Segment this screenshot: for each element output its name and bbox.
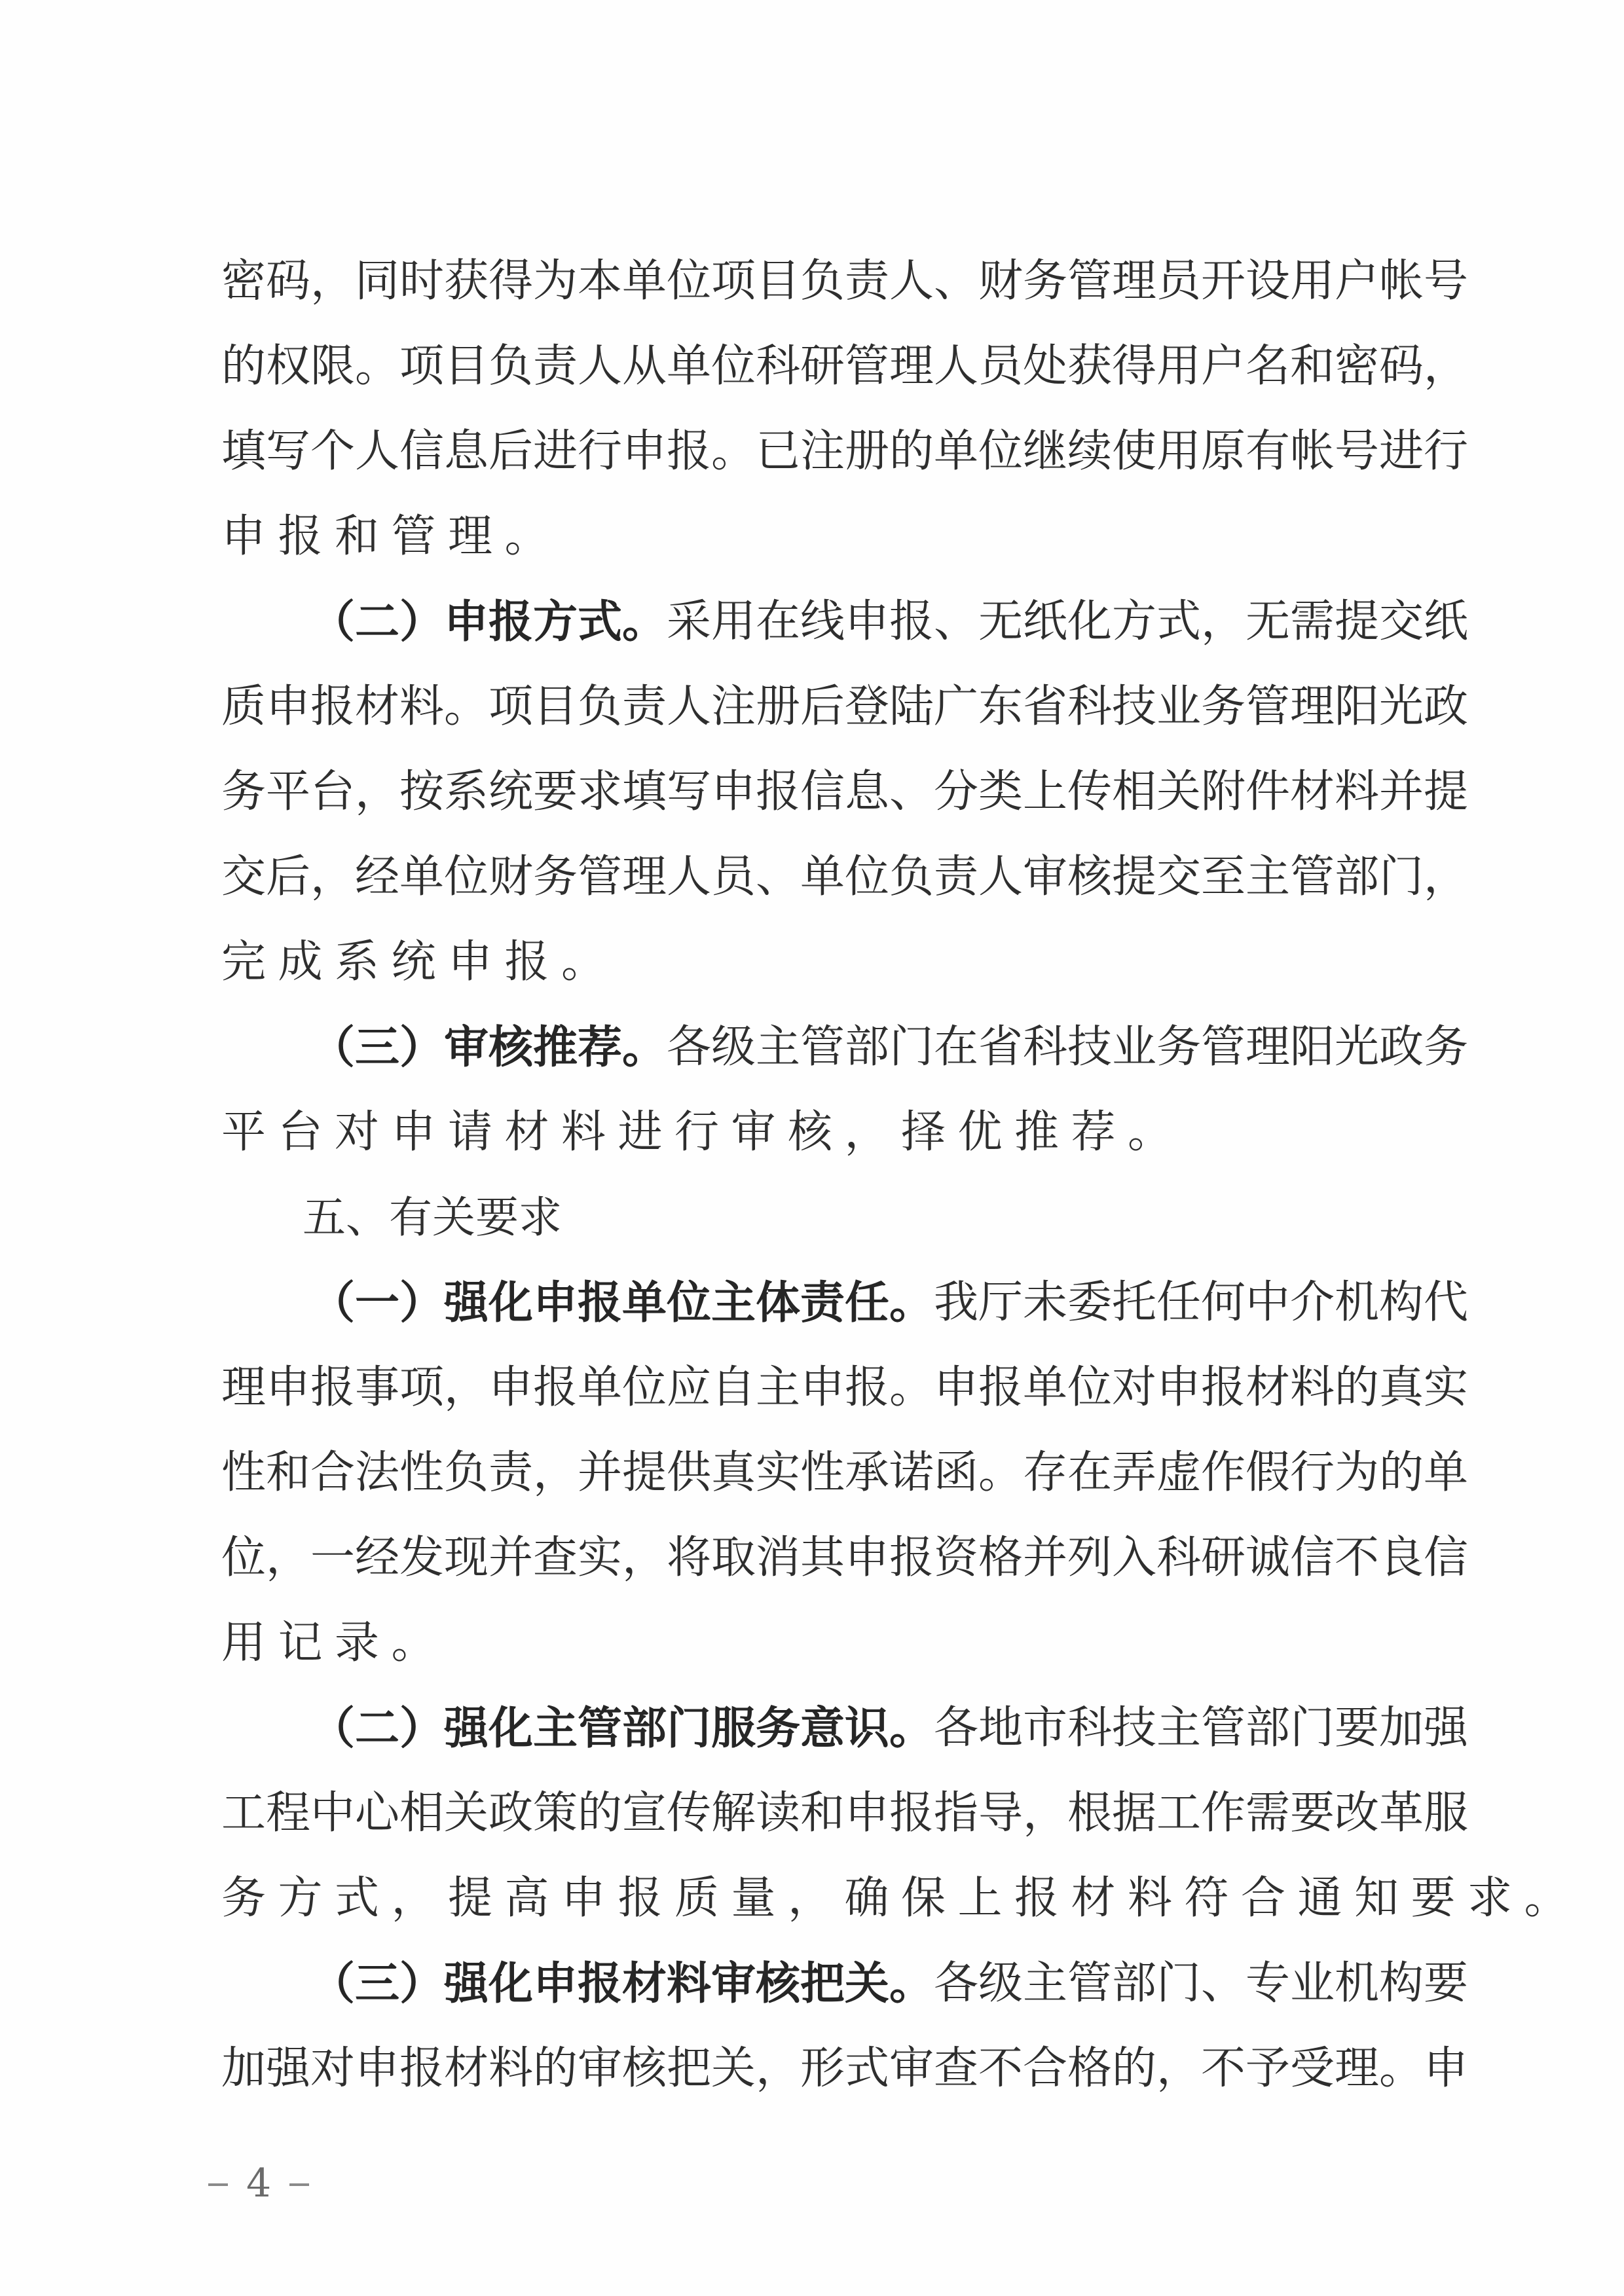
text-char: 厅 [978, 1270, 1023, 1336]
text-char: 申 [711, 759, 756, 825]
text-char: 要 [1335, 1696, 1379, 1761]
text-char: 据 [1112, 1781, 1156, 1846]
text-line: 性和合法性负责，并提供真实性承诺函。存在弄虚作假行为的单 [221, 1440, 1460, 1506]
text-char: 理 [221, 1355, 266, 1421]
text-char: 理 [448, 504, 492, 570]
text-char: 革 [1379, 1781, 1424, 1846]
text-char: 需 [1246, 1781, 1290, 1846]
text-char: 市 [1023, 1696, 1067, 1761]
text-char: 料 [1335, 759, 1379, 825]
bold-lead-char: 化 [489, 1270, 533, 1336]
text-char: 并 [1023, 1525, 1067, 1591]
text-char: 阳 [1290, 1015, 1335, 1080]
text-char: 技 [1067, 1015, 1112, 1080]
text-char: 服 [1424, 1781, 1468, 1846]
paragraph-first-line: （三）强化申报材料审核把关。各级主管部门、专业机构要 [221, 1951, 1460, 2016]
paragraph-first-line: （三）审核推荐。各级主管部门在省科技业务管理阳光政务 [221, 1015, 1460, 1080]
page-number-value: 4 [246, 2157, 271, 2210]
text-char: 业 [1112, 1015, 1156, 1080]
bold-lead-char: 报 [489, 589, 533, 655]
bold-lead-char: 核 [489, 1015, 533, 1080]
text-char: 合 [1241, 1866, 1285, 1931]
text-char: 研 [800, 334, 845, 399]
bold-lead-char: 强 [444, 1696, 489, 1761]
text-char: 加 [221, 2036, 266, 2102]
text-char: 承 [845, 1440, 889, 1506]
text-char: 的 [578, 1781, 622, 1846]
bold-lead-char: 一 [355, 1270, 399, 1336]
text-char: 申 [934, 1355, 978, 1421]
text-char: 位 [978, 419, 1023, 484]
text-char: 财 [978, 249, 1023, 314]
text-char: 性 [800, 1440, 845, 1506]
text-char: 息 [444, 419, 489, 484]
bold-lead-char: 三 [355, 1015, 399, 1080]
text-char: 不 [1335, 1525, 1379, 1591]
text-char: 相 [399, 1781, 444, 1846]
text-char: 将 [667, 1525, 711, 1591]
text-char: 人 [667, 845, 711, 910]
text-char: ， [444, 1355, 489, 1421]
text-char: 方 [1112, 589, 1156, 655]
text-char: 。 [355, 334, 399, 399]
text-char: 门 [1156, 1951, 1201, 2016]
text-char: 单 [934, 419, 978, 484]
text-char: 管 [1201, 1696, 1246, 1761]
text-char: 位 [221, 1525, 266, 1591]
text-line: 交后，经单位财务管理人员、单位负责人审核提交至主管部门， [221, 845, 1460, 910]
bold-lead-char: 责 [800, 1270, 845, 1336]
text-char: 实 [1424, 1355, 1468, 1421]
text-char: 对 [310, 2036, 355, 2102]
text-char: 料 [489, 2036, 533, 2102]
text-char: ， [1156, 2036, 1201, 2102]
text-char: 知 [1354, 1866, 1399, 1931]
text-char: 相 [1112, 759, 1156, 825]
text-char: 机 [1335, 1951, 1379, 2016]
text-char: 现 [444, 1525, 489, 1591]
text-char: 获 [444, 249, 489, 314]
text-char: 单 [399, 845, 444, 910]
text-char: 何 [1201, 1270, 1246, 1336]
text-char: 使 [1112, 419, 1156, 484]
section-heading: 五、有关要求 [303, 1185, 562, 1250]
text-char: 成 [278, 930, 323, 995]
text-char: 后 [266, 845, 310, 910]
text-char: 项 [399, 1355, 444, 1421]
text-char: 部 [1246, 1696, 1290, 1761]
text-char: 各 [934, 1696, 978, 1761]
text-char: 审 [578, 2036, 622, 2102]
bold-lead-char: 管 [578, 1696, 622, 1761]
text-char: 诺 [889, 1440, 934, 1506]
paragraph-first-line: （二）申报方式。采用在线申报、无纸化方式，无需提交纸 [221, 589, 1460, 655]
text-char: 不 [978, 2036, 1023, 2102]
text-char: 存 [1023, 1440, 1067, 1506]
text-char: 其 [800, 1525, 845, 1591]
text-char: 登 [845, 674, 889, 740]
text-char: 解 [711, 1781, 756, 1846]
text-char: 报 [310, 1355, 355, 1421]
text-char: 和 [800, 1781, 845, 1846]
text-char: 不 [1201, 2036, 1246, 2102]
text-char: 分 [934, 759, 978, 825]
text-char: 项 [711, 249, 756, 314]
text-char: 需 [1290, 589, 1335, 655]
text-char: 息 [845, 759, 889, 825]
text-char: 管 [392, 504, 436, 570]
text-char: 申 [448, 930, 492, 995]
text-char: 查 [533, 1525, 578, 1591]
text-char: 台 [278, 1100, 323, 1165]
text-char: 要 [533, 759, 578, 825]
text-char: 。 [561, 930, 606, 995]
text-char: 用 [1156, 334, 1201, 399]
text-char: 事 [355, 1355, 399, 1421]
text-char: 申 [845, 589, 889, 655]
text-char: 提 [1112, 845, 1156, 910]
text-char: 员 [711, 845, 756, 910]
indent-space [266, 1951, 310, 2016]
page-number: 4 [208, 2157, 309, 2210]
text-char: 根 [1067, 1781, 1112, 1846]
text-char: 心 [355, 1781, 399, 1846]
bold-lead-char: 申 [444, 589, 489, 655]
text-char: 材 [1290, 759, 1335, 825]
text-char: 系 [335, 930, 379, 995]
page-number-right-dash [289, 2183, 309, 2186]
text-char: 信 [399, 419, 444, 484]
text-char: 同 [355, 249, 399, 314]
text-char: 良 [1379, 1525, 1424, 1591]
text-char: 完 [221, 930, 266, 995]
text-char: 设 [1246, 249, 1290, 314]
page-number-left-dash [208, 2183, 228, 2186]
text-char: 报 [399, 2036, 444, 2102]
text-char: 技 [1112, 674, 1156, 740]
text-char: 位 [1067, 1355, 1112, 1421]
text-char: 科 [756, 334, 800, 399]
text-char: 目 [444, 334, 489, 399]
bold-lead-char: 位 [667, 1270, 711, 1336]
text-char: 台 [310, 759, 355, 825]
text-char: 财 [489, 845, 533, 910]
text-char: 用 [711, 589, 756, 655]
text-char: 报 [889, 589, 934, 655]
text-char: 上 [958, 1866, 1003, 1931]
text-char: 加 [1379, 1696, 1424, 1761]
text-char: 受 [1290, 2036, 1335, 2102]
text-char: 记 [278, 1611, 323, 1676]
text-line: 平台对申请材料进行审核，择优推荐。 [221, 1100, 1460, 1165]
text-char: 合 [1023, 2036, 1067, 2102]
text-char: 责 [622, 674, 667, 740]
text-char: 料 [561, 1100, 606, 1165]
text-char: 册 [756, 674, 800, 740]
text-char: 予 [1246, 2036, 1290, 2102]
text-char: 位 [711, 334, 756, 399]
text-char: 申 [355, 2036, 399, 2102]
text-char: 求 [1467, 1866, 1512, 1931]
text-char: 交 [1379, 589, 1424, 655]
indent-space [221, 589, 266, 655]
text-char: 交 [221, 845, 266, 910]
text-char: 申 [845, 1525, 889, 1591]
text-char: 的 [1335, 1355, 1379, 1421]
text-char: 本 [578, 249, 622, 314]
bold-lead-char: 部 [622, 1696, 667, 1761]
text-char: 理 [1335, 2036, 1379, 2102]
text-char: 和 [1290, 334, 1335, 399]
text-char: ， [622, 1525, 667, 1591]
text-char: 政 [1424, 674, 1468, 740]
text-char: 务 [1156, 1015, 1201, 1080]
text-char: ， [310, 845, 355, 910]
bold-lead-char: 推 [533, 1015, 578, 1080]
text-char: 限 [310, 334, 355, 399]
text-char: 推 [1014, 1100, 1059, 1165]
text-char: 门 [889, 1015, 934, 1080]
text-char: 管 [1290, 845, 1335, 910]
text-char: 员 [978, 334, 1023, 399]
text-char: 申 [845, 1781, 889, 1846]
text-char: 人 [667, 674, 711, 740]
indent-space [221, 1951, 266, 2016]
bold-lead-char: ） [399, 1696, 444, 1761]
text-char: 按 [399, 759, 444, 825]
text-char: 传 [1067, 759, 1112, 825]
bold-lead-char: 二 [355, 1696, 399, 1761]
text-char: ， [266, 1525, 310, 1591]
text-char: 报 [889, 1781, 934, 1846]
text-char: 信 [1290, 1525, 1335, 1591]
text-char: 责 [533, 334, 578, 399]
text-char: 真 [1379, 1355, 1424, 1421]
text-char: 位 [444, 845, 489, 910]
text-char: 提 [1424, 759, 1468, 825]
text-char: 码 [266, 249, 310, 314]
text-char: 人 [978, 845, 1023, 910]
bold-lead-char: 任 [845, 1270, 889, 1336]
text-char: 纸 [1023, 589, 1067, 655]
bold-lead-char: 审 [444, 1015, 489, 1080]
bold-lead-char: 荐 [578, 1015, 622, 1080]
text-char: 密 [221, 249, 266, 314]
text-char: 帐 [1290, 419, 1335, 484]
text-char: 理 [1290, 674, 1335, 740]
text-char: 实 [578, 1525, 622, 1591]
text-char: 员 [1156, 249, 1201, 314]
text-char: 目 [533, 674, 578, 740]
text-char: 单 [667, 334, 711, 399]
bold-lead-char: 务 [756, 1696, 800, 1761]
text-char: 核 [1067, 845, 1112, 910]
text-char: 请 [448, 1100, 492, 1165]
text-char: 主 [756, 1015, 800, 1080]
text-char: 注 [800, 419, 845, 484]
text-char: 式 [335, 1866, 379, 1931]
text-char: 广 [934, 674, 978, 740]
text-char: 填 [622, 759, 667, 825]
text-char: 册 [845, 419, 889, 484]
bold-lead-char: 审 [711, 1951, 756, 2016]
bold-lead-char: （ [310, 1270, 355, 1336]
text-char: 料 [399, 674, 444, 740]
text-char: 交 [1156, 845, 1201, 910]
text-char: 介 [1290, 1270, 1335, 1336]
text-char: 政 [1379, 1015, 1424, 1080]
text-char: 级 [711, 1015, 756, 1080]
text-char: 责 [489, 1440, 533, 1506]
text-char: 弄 [1112, 1440, 1156, 1506]
text-char: 在 [1067, 1440, 1112, 1506]
text-char: 申 [266, 674, 310, 740]
text-char: 后 [489, 419, 533, 484]
text-char: 未 [1023, 1270, 1067, 1336]
text-char: 提 [622, 1440, 667, 1506]
text-char: 报 [756, 759, 800, 825]
text-char: 报 [278, 504, 323, 570]
text-char: 目 [756, 249, 800, 314]
text-char: 经 [355, 1525, 399, 1591]
text-char: 式 [845, 2036, 889, 2102]
bold-lead-char: （ [310, 1015, 355, 1080]
text-char: 行 [1424, 419, 1468, 484]
text-char: 一 [310, 1525, 355, 1591]
text-char: 项 [399, 334, 444, 399]
bold-lead-char: 化 [489, 1696, 533, 1761]
text-char: 科 [1023, 1015, 1067, 1080]
text-char: 申 [489, 1355, 533, 1421]
text-char: 格 [978, 1525, 1023, 1591]
text-char: 原 [1201, 419, 1246, 484]
bold-lead-char: ） [399, 1951, 444, 2016]
text-char: 消 [756, 1525, 800, 1591]
text-char: 单 [1424, 1440, 1468, 1506]
text-char: 号 [1335, 419, 1379, 484]
text-char: 技 [1112, 1696, 1156, 1761]
text-char: 资 [934, 1525, 978, 1591]
text-char: 要 [1411, 1866, 1456, 1931]
text-char: 化 [1067, 589, 1112, 655]
text-char: 合 [310, 1440, 355, 1506]
text-char: 我 [934, 1270, 978, 1336]
text-char: 读 [756, 1781, 800, 1846]
text-char: 、 [934, 589, 978, 655]
text-char: 信 [800, 759, 845, 825]
text-char: 式 [1156, 589, 1201, 655]
bold-lead-char: 把 [800, 1951, 845, 2016]
text-char: 入 [1112, 1525, 1156, 1591]
text-char: 。 [392, 1611, 436, 1676]
text-char: 在 [756, 589, 800, 655]
text-char: 个 [310, 419, 355, 484]
text-char: 部 [1335, 845, 1379, 910]
text-line: 务平台，按系统要求填写申报信息、分类上传相关附件材料并提 [221, 759, 1460, 825]
text-char: 对 [1112, 1355, 1156, 1421]
text-char: 料 [1128, 1866, 1172, 1931]
text-char: 户 [1335, 249, 1379, 314]
text-char: 理 [1246, 1015, 1290, 1080]
text-char: 已 [756, 419, 800, 484]
indent-space [266, 1696, 310, 1761]
bold-lead-char: 。 [889, 1270, 934, 1336]
text-line: 质申报材料。项目负责人注册后登陆广东省科技业务管理阳光政 [221, 674, 1460, 740]
text-char: 申 [392, 1100, 436, 1165]
text-char: 真 [711, 1440, 756, 1506]
text-char: 关 [1156, 759, 1201, 825]
text-char: 位 [667, 249, 711, 314]
bold-lead-char: 报 [578, 1270, 622, 1336]
text-char: 自 [711, 1355, 756, 1421]
text-char: 号 [1424, 249, 1468, 314]
text-char: 帐 [1379, 249, 1424, 314]
bold-lead-char: 三 [355, 1951, 399, 2016]
bold-lead-char: 。 [622, 1015, 667, 1080]
document-page: 密码，同时获得为本单位项目负责人、财务管理员开设用户帐号的权限。项目负责人从单位… [0, 0, 1624, 2296]
text-char: 和 [335, 504, 379, 570]
text-char: 并 [1379, 759, 1424, 825]
text-char: 材 [1246, 1355, 1290, 1421]
text-char: 行 [674, 1100, 719, 1165]
text-char: 纸 [1424, 589, 1468, 655]
text-char: 构 [1379, 1951, 1424, 2016]
text-char: 平 [221, 1100, 266, 1165]
text-char: 各 [667, 1015, 711, 1080]
text-char: 负 [800, 249, 845, 314]
bold-lead-char: 报 [578, 1951, 622, 2016]
text-char: 用 [1156, 419, 1201, 484]
text-char: 务 [533, 845, 578, 910]
text-char: 要 [1424, 1951, 1468, 2016]
text-char: 管 [845, 334, 889, 399]
text-char: ， [355, 759, 399, 825]
text-char: 的 [1112, 2036, 1156, 2102]
bold-lead-char: 方 [533, 589, 578, 655]
text-char: ， [1424, 845, 1468, 910]
text-char: 进 [533, 419, 578, 484]
text-char: 务 [1023, 249, 1067, 314]
text-char: 务 [1424, 1015, 1468, 1080]
text-char: 强 [266, 2036, 310, 2102]
text-char: 诚 [1246, 1525, 1290, 1591]
text-char: 符 [1185, 1866, 1229, 1931]
text-char: 报 [1014, 1866, 1059, 1931]
text-char: 科 [1067, 1696, 1112, 1761]
bold-lead-char: 意 [800, 1696, 845, 1761]
text-char: 假 [1246, 1440, 1290, 1506]
text-char: 并 [578, 1440, 622, 1506]
bold-lead-char: 强 [444, 1951, 489, 2016]
text-char: 报 [667, 419, 711, 484]
text-char: 至 [1201, 845, 1246, 910]
text-char: 附 [1201, 759, 1246, 825]
text-char: 申 [221, 504, 266, 570]
text-char: 报 [505, 930, 549, 995]
text-char: 材 [505, 1100, 549, 1165]
text-char: 报 [978, 1355, 1023, 1421]
text-char: 性 [221, 1440, 266, 1506]
text-char: 申 [561, 1866, 606, 1931]
text-char: 理 [1112, 249, 1156, 314]
text-char: 材 [355, 674, 399, 740]
text-line: 完成系统申报。 [221, 930, 1460, 995]
text-char: 信 [1424, 1525, 1468, 1591]
text-char: 各 [934, 1951, 978, 2016]
text-char: 主 [1156, 1696, 1201, 1761]
text-char: 提 [448, 1866, 492, 1931]
text-char: 工 [221, 1781, 266, 1846]
